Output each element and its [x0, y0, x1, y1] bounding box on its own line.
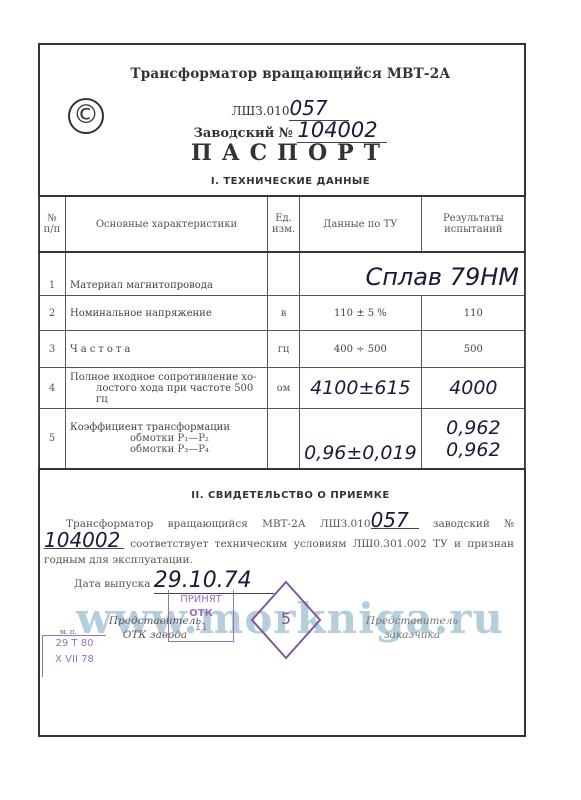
row-num: 2	[39, 296, 66, 331]
row-tu-handwritten: 0,96±0,019	[300, 409, 422, 470]
accepted-stamp: ПРИНЯТ ОТК 11	[168, 590, 234, 642]
stamp-line3: 11	[169, 621, 233, 635]
row-characteristic: Номинальное напряжение	[66, 296, 268, 331]
code-prefix: ЛШЗ.010	[232, 104, 290, 118]
col-header-num: № п/п	[39, 196, 66, 252]
date-stamp-line2: Х VII 78	[43, 652, 106, 668]
document-title: Трансформатор вращающийся МВТ-2А	[0, 66, 581, 82]
row-characteristic: Полное входное сопротивление хо- лостого…	[66, 368, 268, 409]
customer-rep-line2: заказчика	[352, 628, 472, 642]
col-header-characteristic: Основные характеристики	[66, 196, 268, 252]
row-characteristic: Коэффициент трансформации обмотки Р₁—Р₂ …	[66, 409, 268, 470]
characteristic-line1: Коэффициент трансформации	[70, 422, 263, 433]
customer-rep-line1: Представитель	[352, 614, 472, 628]
acceptance-certificate-text: Трансформатор вращающийся МВТ-2А ЛШЗ.010…	[44, 512, 514, 568]
date-stamp: 29 Т 80 Х VII 78	[42, 635, 106, 677]
characteristic-line1: Полное входное сопротивление хо-	[70, 372, 263, 383]
cert-factory-number-handwritten: 104002	[44, 532, 124, 549]
row-unit: в	[268, 296, 300, 331]
col-header-unit: Ед. изм.	[268, 196, 300, 252]
row-tu-handwritten: 4100±615	[300, 368, 422, 409]
section1-title: I. ТЕХНИЧЕСКИЕ ДАННЫЕ	[0, 176, 581, 187]
factory-label: Заводский №	[194, 126, 293, 141]
characteristic-line2: обмотки Р₁—Р₂	[70, 433, 263, 444]
table-row: 2 Номинальное напряжение в 110 ± 5 % 110	[39, 296, 526, 331]
passport-heading: ПАСПОРТ	[0, 140, 581, 166]
stamp-line2: ОТК	[169, 607, 233, 621]
row-unit	[268, 252, 300, 296]
date-label: Дата выпуска	[74, 578, 150, 590]
stamp-line1: ПРИНЯТ	[169, 593, 233, 607]
row-unit: ом	[268, 368, 300, 409]
customer-representative: Представитель заказчика	[352, 614, 472, 642]
diamond-stamp-value: 5	[281, 609, 291, 628]
cert-text-2: заводский №	[433, 518, 514, 530]
row-result: 110	[421, 296, 525, 331]
row-result-handwritten: 0,962 0,962	[421, 409, 525, 470]
cert-code-handwritten: 057	[371, 512, 419, 529]
table-row: 1 Материал магнитопровода Сплав 79НМ	[39, 252, 526, 296]
row-characteristic: Материал магнитопровода	[66, 252, 268, 296]
result-winding-1: 0,962	[426, 417, 521, 439]
date-stamp-line1: 29 Т 80	[43, 636, 106, 652]
row-result-handwritten: 4000	[421, 368, 525, 409]
table-header-row: № п/п Основные характеристики Ед. изм. Д…	[39, 196, 526, 252]
row-tu: 400 ÷ 500	[300, 331, 422, 368]
characteristic-line2: лостого хода при частоте 500 гц	[70, 383, 263, 405]
result-winding-2: 0,962	[426, 439, 521, 461]
row-unit: гц	[268, 331, 300, 368]
technical-data-table: № п/п Основные характеристики Ед. изм. Д…	[38, 195, 526, 470]
row-num: 3	[39, 331, 66, 368]
table-row: 4 Полное входное сопротивление хо- лосто…	[39, 368, 526, 409]
row-result: 500	[421, 331, 525, 368]
col-header-tu: Данные по ТУ	[300, 196, 422, 252]
section2-title: II. СВИДЕТЕЛЬСТВО О ПРИЕМКЕ	[0, 490, 581, 501]
row-num: 5	[39, 409, 66, 470]
row-material-handwritten: Сплав 79НМ	[300, 252, 526, 296]
row-tu: 110 ± 5 %	[300, 296, 422, 331]
table-row: 3 Частота гц 400 ÷ 500 500	[39, 331, 526, 368]
col-header-result: Результаты испытаний	[421, 196, 525, 252]
row-unit	[268, 409, 300, 470]
row-characteristic: Частота	[66, 331, 268, 368]
characteristic-line3: обмотки Р₃—Р₄	[70, 444, 263, 455]
row-num: 4	[39, 368, 66, 409]
table-row: 5 Коэффициент трансформации обмотки Р₁—Р…	[39, 409, 526, 470]
row-num: 1	[39, 252, 66, 296]
diamond-stamp: 5	[250, 580, 322, 660]
